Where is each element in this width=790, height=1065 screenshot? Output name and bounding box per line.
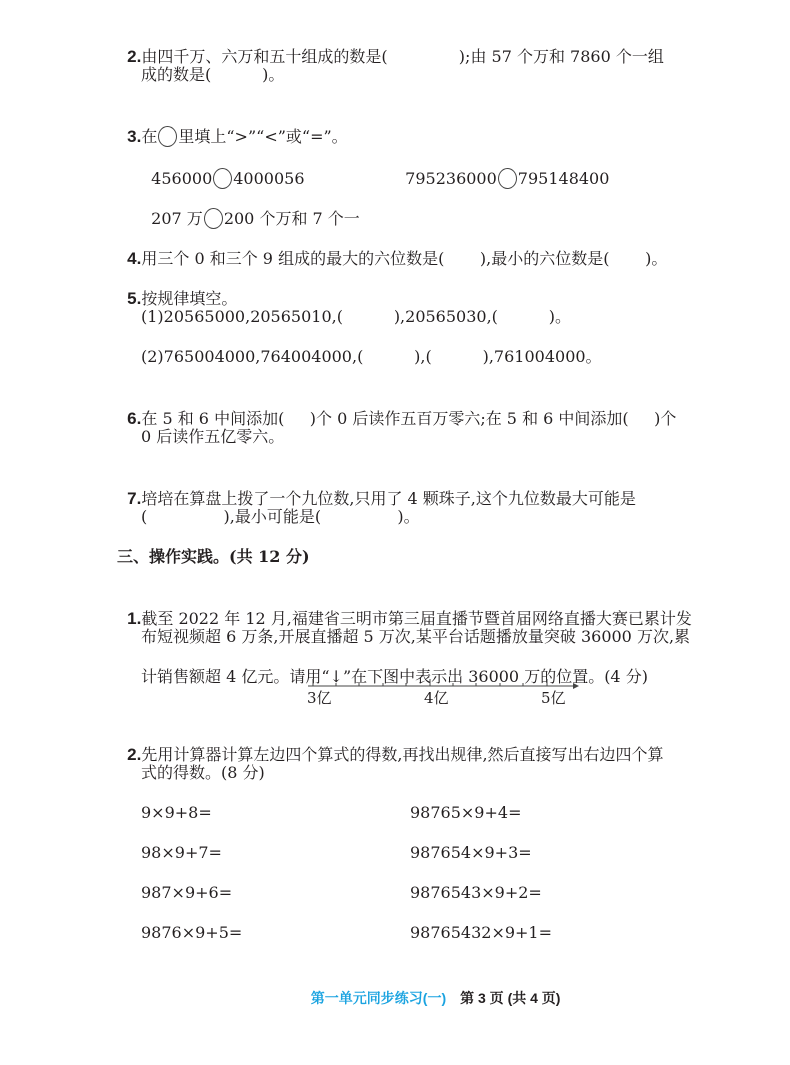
comparison-3: 207 万200 个万和 7 个一: [141, 186, 360, 230]
question-2-line-1: 2.由四千万、六万和五十组成的数是( );由 57 个万和 7860 个一组: [117, 24, 664, 68]
comparison-1: 4560004000056: [141, 146, 305, 190]
number-line[interactable]: 3亿 4亿 5亿: [305, 674, 575, 704]
footer-page-number: 第 3 页 (共 4 页): [460, 990, 560, 1006]
question-2-line-2: 成的数是( )。: [141, 64, 284, 86]
answer-circle-input[interactable]: [498, 168, 517, 189]
number-line-label-3yi: 3亿: [307, 687, 332, 708]
expression-left-4: 9876×9+5=: [141, 922, 242, 944]
blank-circle-icon: [158, 126, 177, 147]
question-4: 4.用三个 0 和三个 9 组成的最大的六位数是( ),最小的六位数是( )。: [117, 226, 667, 270]
section-3-question-2-line-1: 2.先用计算器计算左边四个算式的得数,再找出规律,然后直接写出右边四个算: [117, 722, 664, 766]
expression-right-3: 9876543×9+2=: [410, 882, 542, 904]
section-3-title: 三、操作实践。(共 12 分): [117, 546, 310, 568]
expression-right-1: 98765×9+4=: [410, 802, 521, 824]
number-line-label-4yi: 4亿: [424, 687, 449, 708]
section-3-question-1-line-2: 布短视频超 6 万条,开展直播超 5 万次,某平台话题播放量突破 36000 万…: [141, 626, 690, 648]
question-3-line-1: 3.在里填上“>”“<”或“=”。: [117, 104, 348, 148]
comparison-2: 795236000795148400: [395, 146, 609, 190]
question-5: 5.按规律填空。: [117, 266, 237, 310]
question-5-sub-2: (2)765004000,764004000,( ),( ),761004000…: [141, 346, 602, 368]
page-footer: 第一单元同步练习(一)第 3 页 (共 4 页): [303, 972, 560, 1008]
expression-left-2: 98×9+7=: [141, 842, 222, 864]
expression-left-3: 987×9+6=: [141, 882, 232, 904]
section-3-question-2-line-2: 式的得数。(8 分): [141, 762, 265, 784]
question-number: 2.: [127, 47, 141, 66]
question-6-line-2: 0 后读作五亿零六。: [141, 426, 284, 448]
expression-left-1: 9×9+8=: [141, 802, 212, 824]
question-6-line-1: 6.在 5 和 6 中间添加( )个 0 后读作五百万零六;在 5 和 6 中间…: [117, 386, 676, 430]
question-7-line-2: ( ),最小可能是( )。: [141, 506, 420, 528]
section-3-question-1-line-1: 1.截至 2022 年 12 月,福建省三明市第三届直播节暨首届网络直播大赛已累…: [117, 586, 692, 630]
number-line-label-5yi: 5亿: [541, 687, 566, 708]
question-7-line-1: 7.培培在算盘上拨了一个九位数,只用了 4 颗珠子,这个九位数最大可能是: [117, 466, 636, 510]
expression-right-2: 987654×9+3=: [410, 842, 532, 864]
footer-unit-title: 第一单元同步练习(一): [311, 990, 446, 1006]
expression-right-4: 98765432×9+1=: [410, 922, 552, 944]
question-5-sub-1: (1)20565000,20565010,( ),20565030,( )。: [141, 306, 571, 328]
